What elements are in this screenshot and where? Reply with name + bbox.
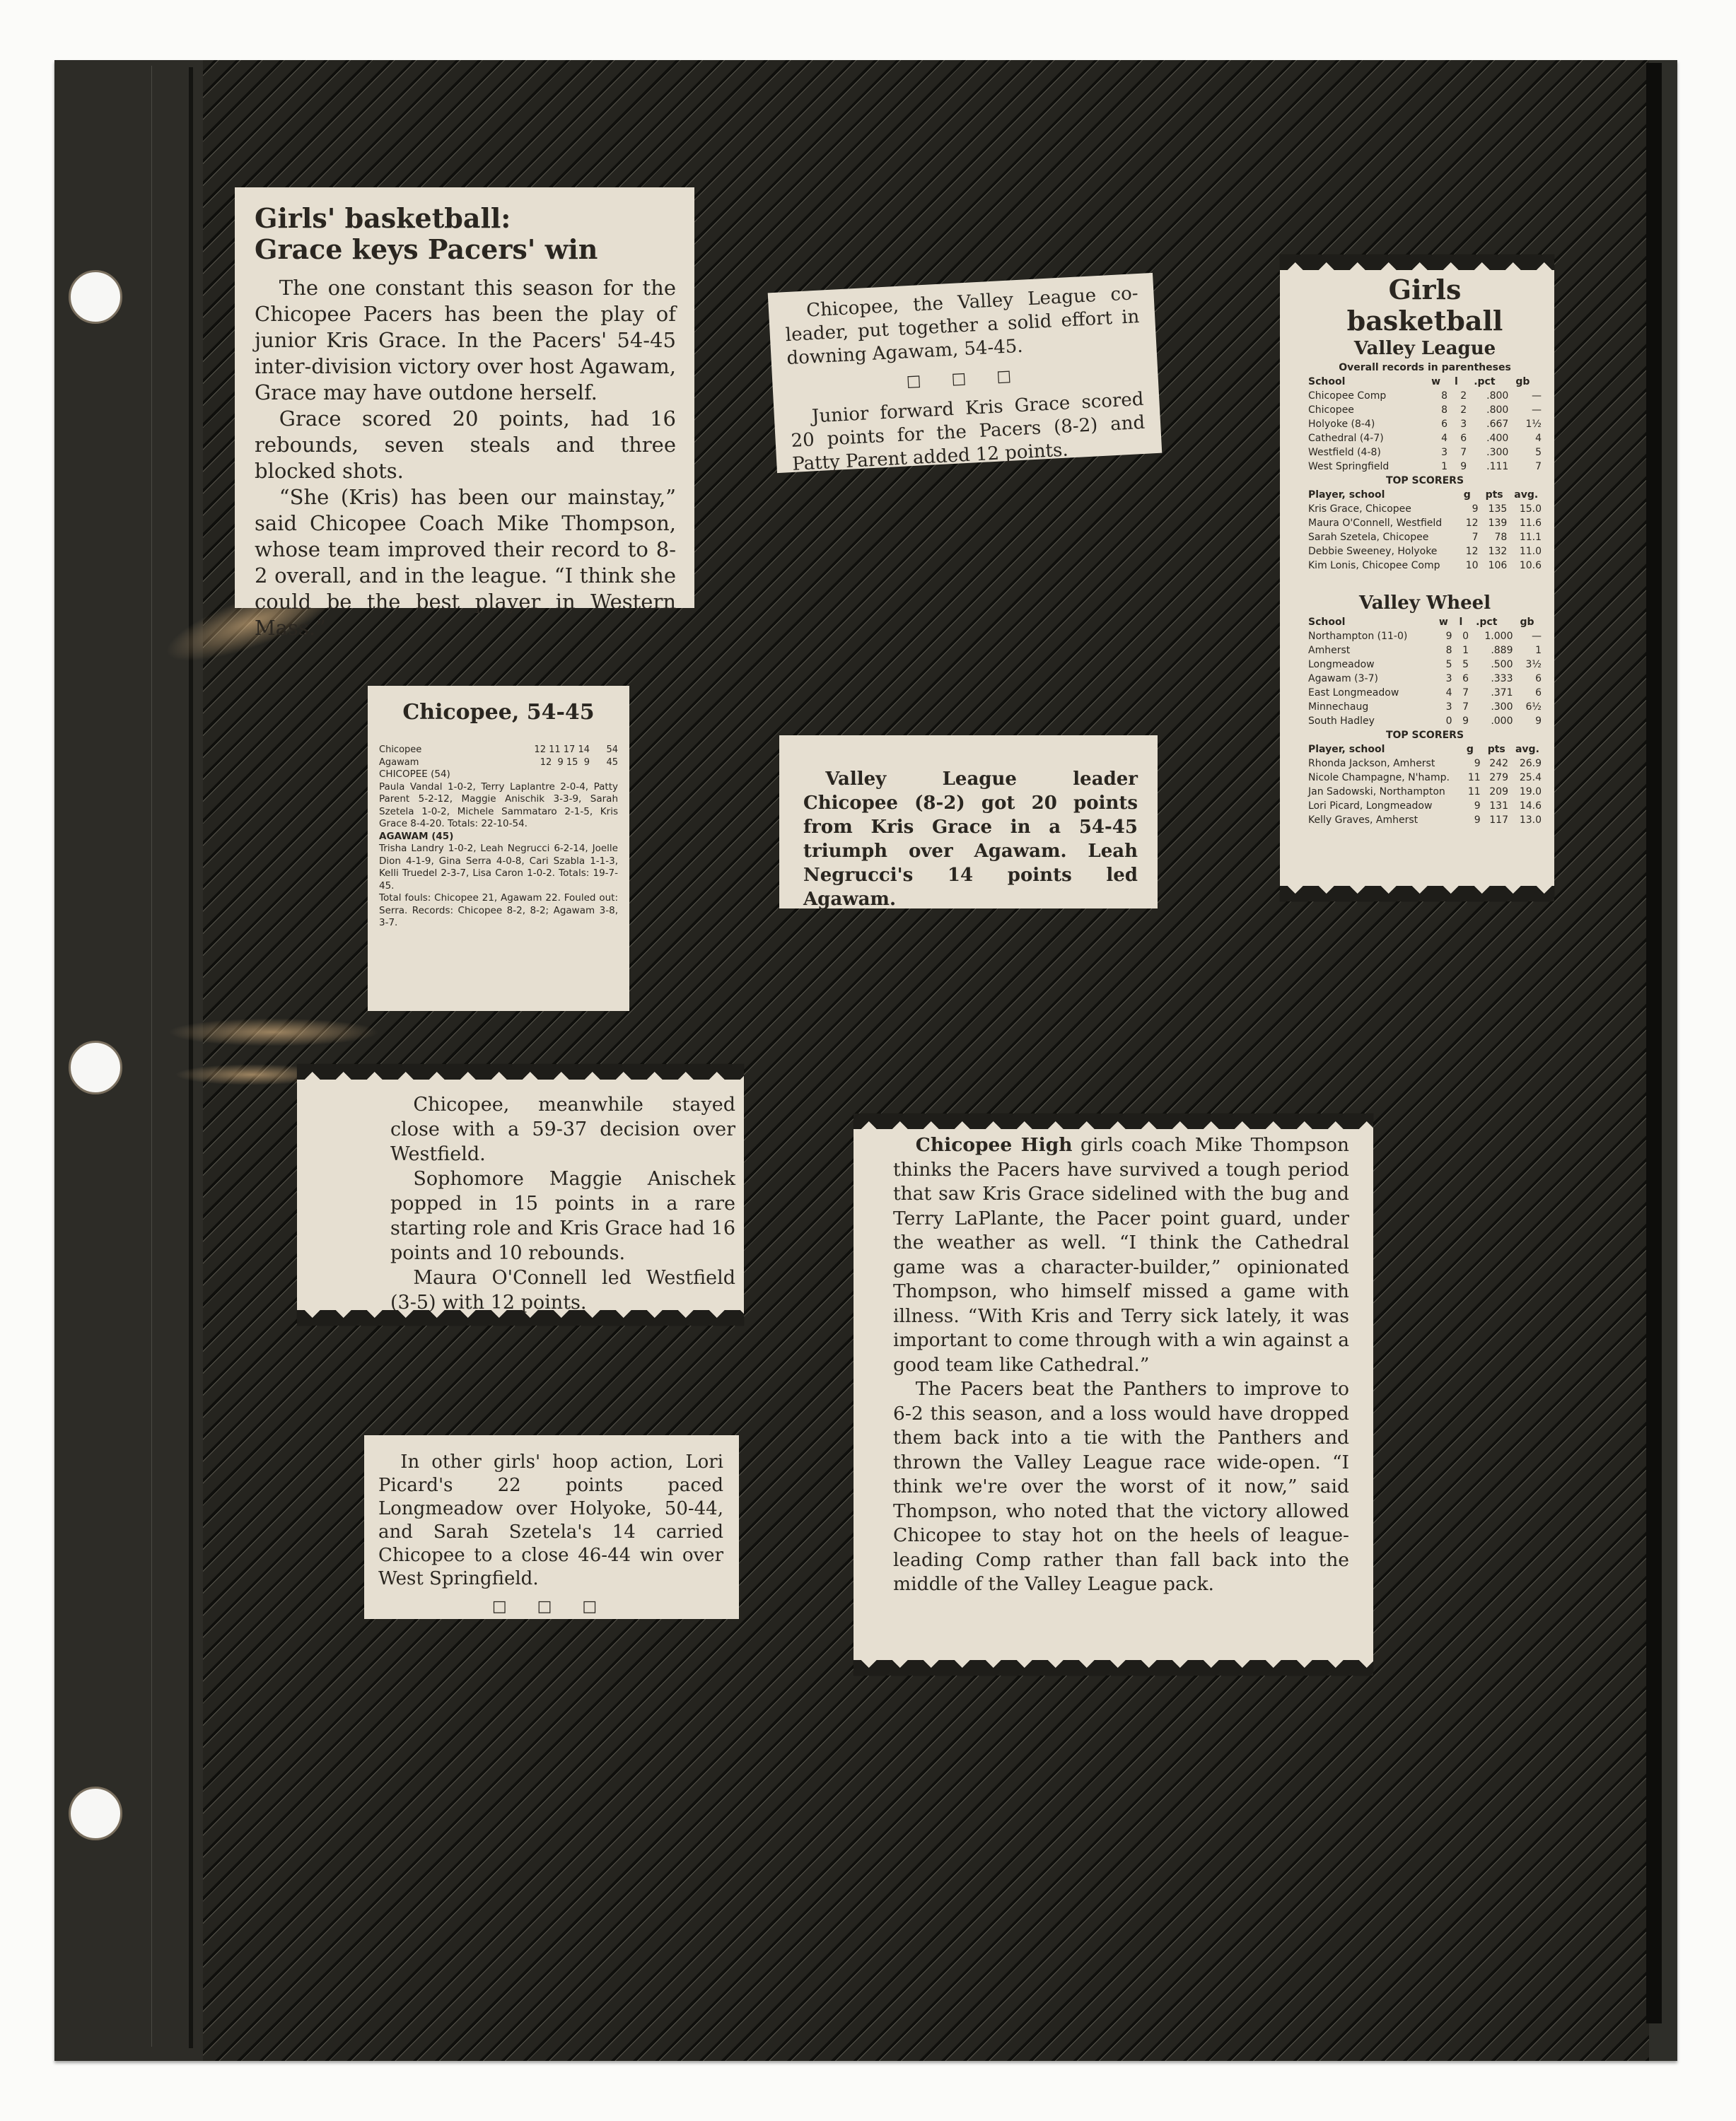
school-name: Chicopee [1308,403,1424,417]
points: 117 [1481,813,1508,827]
player-name: Maura O'Connell, Westfield [1308,516,1457,530]
article-paragraph: The Pacers beat the Panthers to improve … [893,1377,1349,1597]
valley-wheel-heading: Valley Wheel [1308,591,1542,615]
table-row: Kim Lonis, Chicopee Comp1010610.6 [1308,559,1542,573]
player-name: Debbie Sweeney, Holyoke [1308,544,1457,559]
school-name: Amherst [1308,643,1432,658]
school-name: Cathedral (4-7) [1308,431,1424,445]
table-row: Maura O'Connell, Westfield1213911.6 [1308,516,1542,530]
games-back: 1 [1513,643,1542,658]
win-pct: .000 [1469,714,1513,728]
school-name: Holyoke (8-4) [1308,417,1424,431]
column-header: gb [1508,375,1542,389]
games-back: 4 [1508,431,1542,445]
games-back: 7 [1508,460,1542,474]
table-row: Minnechaug37.3006½ [1308,700,1542,714]
valley-league-scorers-table: Player, school g pts avg. Kris Grace, Ch… [1308,488,1542,573]
player-name: Sarah Szetela, Chicopee [1308,530,1457,544]
losses: 7 [1452,686,1469,700]
section-separator: □ □ □ [378,1595,723,1618]
column-header: gb [1513,615,1542,629]
school-name: East Longmeadow [1308,686,1432,700]
games: 9 [1460,756,1481,771]
table-header-row: School w l .pct gb [1308,615,1542,629]
points: 78 [1479,530,1508,544]
points: 242 [1481,756,1508,771]
average: 14.6 [1508,799,1542,813]
binder-hole-icon [69,1787,122,1840]
column-header: pts [1481,742,1508,756]
column-header: School [1308,615,1432,629]
clipping-box-score: Chicopee, 54-45 Chicopee 12 11 17 14 54 … [368,686,629,1011]
losses: 1 [1452,643,1469,658]
player-name: Lori Picard, Longmeadow [1308,799,1460,813]
table-row: Rhonda Jackson, Amherst924226.9 [1308,756,1542,771]
clipping-other-action: In other girls' hoop action, Lori Picard… [364,1435,739,1619]
points: 132 [1479,544,1508,559]
table-row: Westfield (4-8)37.3005 [1308,445,1542,460]
table-row: East Longmeadow47.3716 [1308,686,1542,700]
article-paragraph: Chicopee, meanwhile stayed close with a … [390,1092,735,1167]
clipping-co-leader: Chicopee, the Valley League co-leader, p… [768,273,1163,473]
losses: 0 [1452,629,1469,643]
column-header: Player, school [1308,742,1460,756]
average: 25.4 [1508,771,1542,785]
points: 279 [1481,771,1508,785]
table-row: Chicopee Comp82.800— [1308,389,1542,403]
article-paragraph: Chicopee High girls coach Mike Thompson … [893,1133,1349,1377]
average: 11.6 [1507,516,1542,530]
valley-league-heading: Valley League [1308,337,1542,361]
wins: 0 [1432,714,1452,728]
wins: 1 [1424,460,1447,474]
column-header: .pct [1467,375,1508,389]
wins: 8 [1424,403,1447,417]
points: 139 [1479,516,1508,530]
binder-hole-icon [69,270,122,324]
games-back: 9 [1513,714,1542,728]
table-row: Sarah Szetela, Chicopee77811.1 [1308,530,1542,544]
wins: 4 [1432,686,1452,700]
column-header: avg. [1508,742,1542,756]
average: 10.6 [1507,559,1542,573]
table-row: Kelly Graves, Amherst911713.0 [1308,813,1542,827]
wins: 6 [1424,417,1447,431]
wins: 5 [1432,658,1452,672]
win-pct: .371 [1469,686,1513,700]
player-name: Kim Lonis, Chicopee Comp [1308,559,1457,573]
losses: 9 [1452,714,1469,728]
losses: 2 [1447,389,1467,403]
table-row: Lori Picard, Longmeadow913114.6 [1308,799,1542,813]
clipping-grace-keys: Girls' basketball: Grace keys Pacers' wi… [235,187,694,608]
average: 15.0 [1507,502,1542,516]
table-row: Kris Grace, Chicopee913515.0 [1308,502,1542,516]
wins: 4 [1424,431,1447,445]
valley-wheel-table: School w l .pct gb Northampton (11-0)901… [1308,615,1542,728]
wins: 3 [1432,672,1452,686]
right-edge-band [1649,60,1677,2061]
games-back: — [1508,403,1542,417]
table-row: Nicole Champagne, N'hamp.1127925.4 [1308,771,1542,785]
games-back: 1½ [1508,417,1542,431]
games: 12 [1457,516,1479,530]
win-pct: 1.000 [1469,629,1513,643]
games: 9 [1457,502,1479,516]
win-pct: .333 [1469,672,1513,686]
player-name: Jan Sadowski, Northampton [1308,785,1460,799]
points: 131 [1481,799,1508,813]
quarter-scores: 12 11 17 14 [470,744,590,756]
win-pct: .300 [1469,700,1513,714]
table-header-row: Player, school g pts avg. [1308,488,1542,502]
lead-bold-text: Chicopee High [916,1134,1073,1156]
binder-hole-icon [69,1041,122,1094]
average: 19.0 [1508,785,1542,799]
games: 7 [1457,530,1479,544]
top-scorers-heading: TOP SCORERS [1308,474,1542,488]
column-header: Player, school [1308,488,1457,502]
games-back: — [1508,389,1542,403]
games: 9 [1460,799,1481,813]
column-header: w [1432,615,1452,629]
losses: 6 [1452,672,1469,686]
win-pct: .800 [1467,389,1508,403]
player-name: Kris Grace, Chicopee [1308,502,1457,516]
column-header: l [1447,375,1467,389]
team-header: CHICOPEE (54) [379,769,618,781]
games-back: 3½ [1513,658,1542,672]
standings-title: Girls basketball [1308,274,1542,337]
team-name: Chicopee [379,744,470,756]
top-scorers-heading: TOP SCORERS [1308,728,1542,742]
school-name: Agawam (3-7) [1308,672,1432,686]
games: 12 [1457,544,1479,559]
table-row: Northampton (11-0)901.000— [1308,629,1542,643]
losses: 3 [1447,417,1467,431]
column-header: .pct [1469,615,1513,629]
wins: 9 [1432,629,1452,643]
spine-crease [151,66,152,2047]
school-name: Westfield (4-8) [1308,445,1424,460]
win-pct: .500 [1469,658,1513,672]
wins: 3 [1432,700,1452,714]
player-name: Nicole Champagne, N'hamp. [1308,771,1460,785]
quarter-scores: 12 9 15 9 [470,756,590,769]
win-pct: .300 [1467,445,1508,460]
table-row: Agawam (3-7)36.3336 [1308,672,1542,686]
player-stats: Trisha Landry 1-0-2, Leah Negrucci 6-2-1… [379,843,618,892]
table-row: Jan Sadowski, Northampton1120919.0 [1308,785,1542,799]
article-paragraph: Sophomore Maggie Anischek popped in 15 p… [390,1167,735,1266]
headline: Girls' basketball: Grace keys Pacers' wi… [255,203,676,265]
column-header: g [1460,742,1481,756]
table-row: Cathedral (4-7)46.4004 [1308,431,1542,445]
points: 209 [1481,785,1508,799]
points: 106 [1479,559,1508,573]
school-name: South Hadley [1308,714,1432,728]
spine-groove [189,67,193,2048]
losses: 5 [1452,658,1469,672]
headline-line-1: Girls' basketball: [255,203,676,234]
game-summary: Total fouls: Chicopee 21, Agawam 22. Fou… [379,892,618,930]
average: 13.0 [1508,813,1542,827]
team-header: AGAWAM (45) [379,831,618,843]
valley-league-table: School w l .pct gb Chicopee Comp82.800— … [1308,375,1542,474]
school-name: Minnechaug [1308,700,1432,714]
table-header-row: Player, school g pts avg. [1308,742,1542,756]
linescore-table: Chicopee 12 11 17 14 54 Agawam 12 9 15 9… [379,744,618,769]
games-back: 6 [1513,686,1542,700]
column-header: g [1457,488,1479,502]
games-back: 6½ [1513,700,1542,714]
win-pct: .400 [1467,431,1508,445]
games-back: 6 [1513,672,1542,686]
wins: 8 [1432,643,1452,658]
losses: 7 [1447,445,1467,460]
games: 10 [1457,559,1479,573]
losses: 6 [1447,431,1467,445]
table-row: Longmeadow55.5003½ [1308,658,1542,672]
right-edge-groove [1646,63,1662,2023]
paragraph-text: girls coach Mike Thompson thinks the Pac… [893,1134,1349,1376]
average: 11.0 [1507,544,1542,559]
win-pct: .889 [1469,643,1513,658]
table-header-row: School w l .pct gb [1308,375,1542,389]
team-name: Agawam [379,756,470,769]
article-paragraph: The one constant this season for the Chi… [255,275,676,406]
win-pct: .111 [1467,460,1508,474]
article-paragraph: Chicopee, the Valley League co-leader, p… [783,282,1141,370]
win-pct: .800 [1467,403,1508,417]
losses: 2 [1447,403,1467,417]
column-header: w [1424,375,1447,389]
clipping-standings: Girls basketball Valley League Overall r… [1280,255,1554,901]
points: 135 [1479,502,1508,516]
player-name: Rhonda Jackson, Amherst [1308,756,1460,771]
table-row: Holyoke (8-4)63.6671½ [1308,417,1542,431]
table-row: Debbie Sweeney, Holyoke1213211.0 [1308,544,1542,559]
scrapbook-page: Girls' basketball: Grace keys Pacers' wi… [54,60,1677,2061]
win-pct: .667 [1467,417,1508,431]
final-score: 54 [590,744,618,756]
column-header: School [1308,375,1424,389]
wins: 3 [1424,445,1447,460]
school-name: Northampton (11-0) [1308,629,1432,643]
losses: 9 [1447,460,1467,474]
clipping-thompson: Chicopee High girls coach Mike Thompson … [854,1114,1373,1676]
table-row: Agawam 12 9 15 9 45 [379,756,618,769]
player-name: Kelly Graves, Amherst [1308,813,1460,827]
standings-note: Overall records in parentheses [1308,361,1542,375]
school-name: Chicopee Comp [1308,389,1424,403]
player-stats: Paula Vandal 1-0-2, Terry Laplantre 2-0-… [379,781,618,831]
school-name: Longmeadow [1308,658,1432,672]
valley-wheel-scorers-table: Player, school g pts avg. Rhonda Jackson… [1308,742,1542,827]
table-row: Chicopee82.800— [1308,403,1542,417]
games: 11 [1460,785,1481,799]
article-paragraph: Grace scored 20 points, had 16 rebounds,… [255,406,676,484]
column-header: avg. [1507,488,1542,502]
column-header: pts [1479,488,1508,502]
box-score-headline: Chicopee, 54-45 [379,700,618,725]
article-paragraph: In other girls' hoop action, Lori Picard… [378,1451,723,1591]
table-row: Amherst81.8891 [1308,643,1542,658]
games-back: — [1513,629,1542,643]
clipping-westfield: Chicopee, meanwhile stayed close with a … [297,1064,744,1326]
wins: 8 [1424,389,1447,403]
article-paragraph: Maura O'Connell led Westfield (3-5) with… [390,1266,735,1315]
games-back: 5 [1508,445,1542,460]
article-paragraph: “She (Kris) has been our mainstay,” said… [255,484,676,641]
column-header: l [1452,615,1469,629]
table-row: West Springfield19.1117 [1308,460,1542,474]
average: 11.1 [1507,530,1542,544]
games: 11 [1460,771,1481,785]
table-row: Chicopee 12 11 17 14 54 [379,744,618,756]
clipping-league-leader: Valley League leader Chicopee (8-2) got … [779,735,1158,908]
average: 26.9 [1508,756,1542,771]
school-name: West Springfield [1308,460,1424,474]
table-row: South Hadley09.0009 [1308,714,1542,728]
article-paragraph: Valley League leader Chicopee (8-2) got … [803,767,1138,911]
games: 9 [1460,813,1481,827]
headline-line-2: Grace keys Pacers' win [255,234,676,265]
losses: 7 [1452,700,1469,714]
final-score: 45 [590,756,618,769]
